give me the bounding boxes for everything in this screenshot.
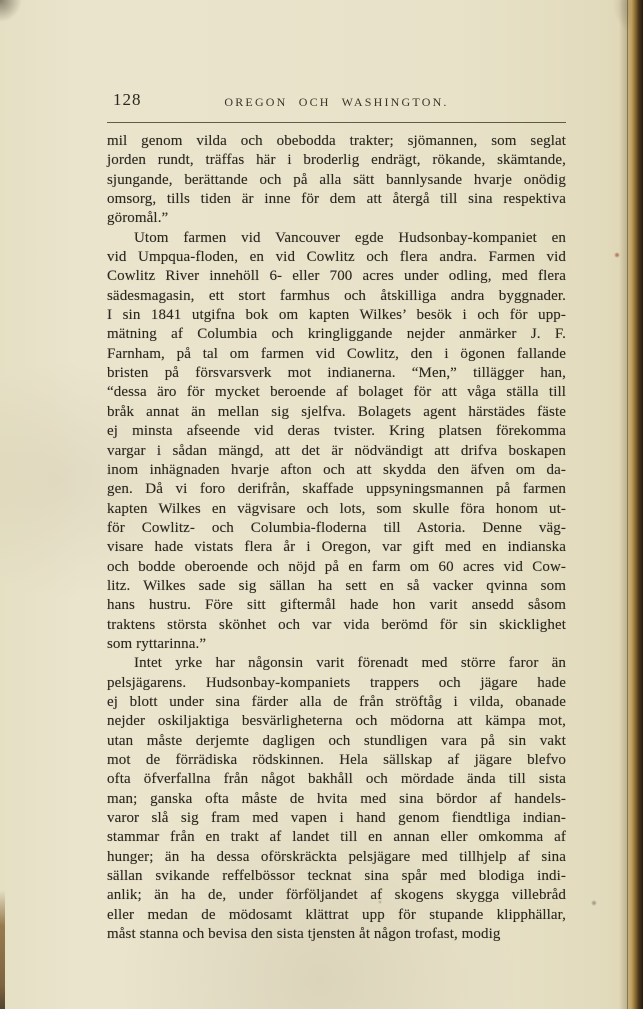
body-text: mil genom vilda och obebodda trakter; sj… — [107, 132, 566, 944]
text-line: göromål.” — [107, 209, 566, 228]
text-line: mil genom vilda och obebodda trakter; sj… — [107, 132, 566, 151]
text-column: 128 OREGON OCH WASHINGTON. mil genom vil… — [107, 90, 566, 944]
text-line: ofta öfverfallna från något bakhåll och … — [107, 770, 566, 789]
text-line: utan måste derjemte dagligen och stundli… — [107, 732, 566, 751]
text-line: kapten Wilkes en vägvisare och lots, som… — [107, 500, 566, 519]
text-line: Utom farmen vid Vancouver egde Hudsonbay… — [107, 229, 566, 248]
text-line: måst stanna och bevisa den sista tjenste… — [107, 925, 566, 944]
running-header-title: OREGON OCH WASHINGTON. — [107, 95, 566, 110]
text-line: jorden rundt, träffas här i broderlig en… — [107, 151, 566, 170]
text-line: sädesmagasin, ett stort farmhus och åtsk… — [107, 287, 566, 306]
text-line: pelsjägarens. Hudsonbay-kompaniets trapp… — [107, 674, 566, 693]
page-crease-line — [627, 0, 628, 1009]
text-line: och bodde oberoende och nöjd på en farm … — [107, 558, 566, 577]
text-line: bråk annat än mellan sig sjelfva. Bolage… — [107, 403, 566, 422]
text-line: anlik; än ha de, under förföljandet af s… — [107, 886, 566, 905]
text-line: ej blott under sina färder alla de från … — [107, 693, 566, 712]
text-line: visare hade vistats flera år i Oregon, v… — [107, 538, 566, 557]
text-line: hunger; än ha dessa oförskräckta pelsjäg… — [107, 848, 566, 867]
page-left-edge — [0, 890, 5, 1009]
text-line: varor slå sig fram med vapen i hand geno… — [107, 809, 566, 828]
text-line: ej minsta afseende vid deras tvister. Kr… — [107, 422, 566, 441]
text-line: mot de förrädiska rödskinnen. Hela sälls… — [107, 751, 566, 770]
text-line: eller medan de mödosamt klättrat upp för… — [107, 906, 566, 925]
text-line: nejder oskiljaktiga besvärligheterna och… — [107, 712, 566, 731]
text-line: gen. Då vi foro derifrån, skaffade uppsy… — [107, 480, 566, 499]
text-line: man; ganska ofta måste de hvita med sina… — [107, 790, 566, 809]
text-line: litz. Wilkes sade sig sällan ha sett en … — [107, 577, 566, 596]
header-rule-divider — [107, 122, 566, 123]
text-line: hans hustru. Före sitt giftermål hade ho… — [107, 596, 566, 615]
text-line: traktens största skönhet och var vida be… — [107, 616, 566, 635]
text-line: vargar i sådan mängd, att det är nödvänd… — [107, 442, 566, 461]
text-line: för Cowlitz- och Columbia-floderna till … — [107, 519, 566, 538]
text-line: sällan svikande reffelbössor tecknat sin… — [107, 867, 566, 886]
text-line: stammar från en trakt af landet till en … — [107, 828, 566, 847]
text-line: sjungande, berättande och på alla sätt b… — [107, 171, 566, 190]
book-binding-edge — [619, 0, 643, 1009]
text-line: mätning af Columbia och kringliggande ne… — [107, 325, 566, 344]
text-line: Cowlitz River innehöll 6- eller 700 acre… — [107, 267, 566, 286]
text-line: “dessa äro för mycket beroende af bolage… — [107, 383, 566, 402]
text-line: omsorg, tills tiden är inne för dem att … — [107, 190, 566, 209]
text-line: Intet yrke har någonsin varit förenadt m… — [107, 654, 566, 673]
text-line: som ryttarinna.” — [107, 635, 566, 654]
text-line: Farnham, på tal om farmen vid Cowlitz, d… — [107, 345, 566, 364]
text-line: inom inhägnaden hvarje afton och att sky… — [107, 461, 566, 480]
text-line: I sin 1841 utgifna bok om kapten Wilkes’… — [107, 306, 566, 325]
text-line: vid Umpqua-floden, en vid Cowlitz och fl… — [107, 248, 566, 267]
text-line: bristen på försvarsverk mot indianerna. … — [107, 364, 566, 383]
running-head-row: 128 OREGON OCH WASHINGTON. — [107, 90, 566, 114]
book-page-scan: 128 OREGON OCH WASHINGTON. mil genom vil… — [0, 0, 643, 1009]
